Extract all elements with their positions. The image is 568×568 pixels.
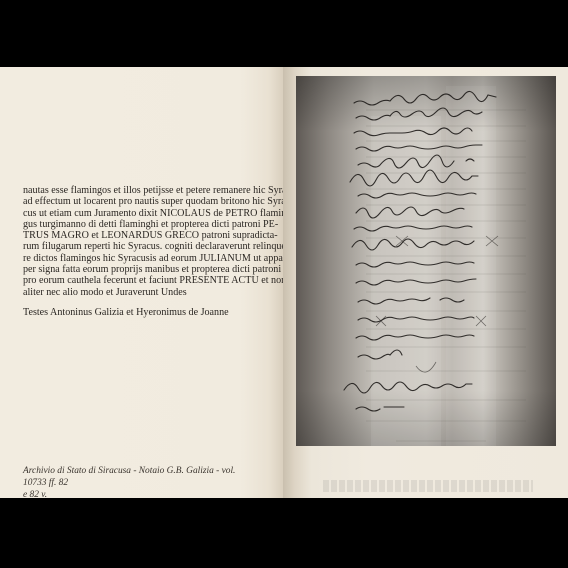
right-page — [283, 67, 568, 498]
text-line: per signa fatta eorum proprijs manibus e… — [23, 264, 251, 275]
manuscript-photo — [296, 76, 556, 446]
text-line: cus ut etiam cum Juramento dixit NICOLAU… — [23, 208, 251, 219]
text-line: rum filugarum reperti hic Syracus. cogni… — [23, 241, 251, 252]
transcription-paragraph: nautas esse flamingos et illos petijsse … — [23, 185, 251, 298]
caption-line: Archivio di Stato di Siracusa - Notaio G… — [23, 466, 235, 488]
manuscript-image — [296, 76, 556, 446]
witnesses-line: Testes Antoninus Galizia et Hyeronimus d… — [23, 307, 229, 318]
text-line: re dictos flamingos hic Syracusis ad eor… — [23, 253, 251, 264]
text-line: gus turgimanno di detti flaminghi et pro… — [23, 219, 251, 230]
archive-caption: Archivio di Stato di Siracusa - Notaio G… — [23, 465, 253, 501]
left-page: nautas esse flamingos et illos petijsse … — [0, 67, 283, 498]
book-spread: nautas esse flamingos et illos petijsse … — [0, 67, 568, 498]
caption-line: e 82 v. — [23, 490, 47, 500]
text-line: aliter nec alio modo et Juraverunt Undes — [23, 287, 251, 298]
text-line: pro eorum cauthela fecerunt et faciunt P… — [23, 275, 251, 286]
show-through-text — [323, 480, 533, 492]
text-line: nautas esse flamingos et illos petijsse … — [23, 185, 251, 196]
text-line: TRUS MAGRO et LEONARDUS GRECO patroni su… — [23, 230, 251, 241]
text-line: ad effectum ut locarent pro nautis super… — [23, 196, 251, 207]
